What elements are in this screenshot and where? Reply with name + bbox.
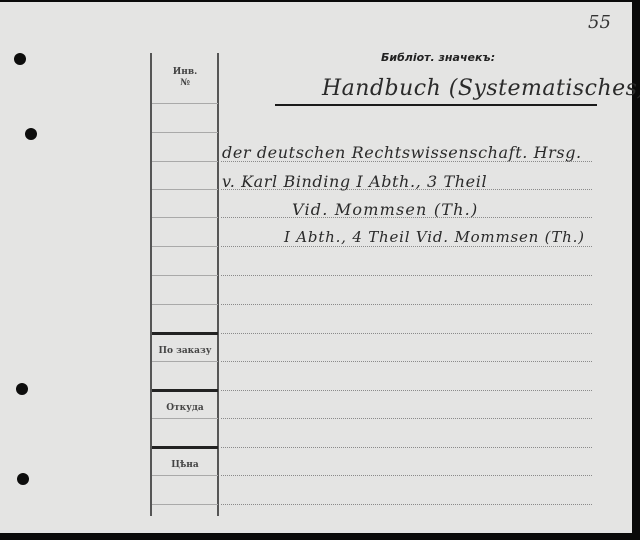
entry-rule bbox=[221, 361, 592, 362]
left-rule bbox=[152, 504, 218, 505]
left-rule bbox=[152, 161, 218, 162]
left-section-divider bbox=[152, 389, 218, 392]
entry-line-2: v. Karl Binding I Abth., 3 Theil bbox=[222, 172, 487, 191]
left-rule bbox=[152, 217, 218, 218]
left-rule bbox=[152, 103, 218, 104]
entry-rule bbox=[221, 475, 592, 476]
punch-hole-2 bbox=[25, 128, 37, 140]
entry-line-3: Vid. Mommsen (Th.) bbox=[292, 200, 478, 219]
inventory-label: Инв. bbox=[152, 67, 218, 77]
punch-hole-3 bbox=[16, 383, 28, 395]
left-section-divider bbox=[152, 332, 218, 335]
entry-rule bbox=[221, 504, 592, 505]
entry-rule bbox=[221, 390, 592, 391]
punch-hole-4 bbox=[17, 473, 29, 485]
title-underline bbox=[275, 104, 597, 106]
left-rule bbox=[152, 475, 218, 476]
source-label: Откуда bbox=[152, 403, 218, 413]
entry-rule bbox=[221, 333, 592, 334]
entry-line-4: I Abth., 4 Theil Vid. Mommsen (Th.) bbox=[284, 228, 585, 246]
library-mark-label: Библіот. значекъ: bbox=[381, 51, 495, 64]
title-handwritten: Handbuch (Systematisches) bbox=[322, 76, 640, 101]
page-number: 55 bbox=[588, 12, 611, 33]
inventory-number-label: № bbox=[152, 78, 218, 88]
entry-rule bbox=[221, 418, 592, 419]
catalog-card: 55 Библіот. значекъ: Handbuch (Systemati… bbox=[0, 2, 632, 533]
by-order-label: По заказу bbox=[152, 346, 218, 356]
left-rule bbox=[152, 275, 218, 276]
left-section-divider bbox=[152, 446, 218, 449]
left-rule bbox=[152, 418, 218, 419]
punch-hole-1 bbox=[14, 53, 26, 65]
entry-line-1: der deutschen Rechtswissenschaft. Hrsg. bbox=[222, 143, 582, 162]
left-rule bbox=[152, 304, 218, 305]
left-rule bbox=[152, 132, 218, 133]
entry-rule bbox=[221, 275, 592, 276]
entry-rule bbox=[221, 246, 592, 247]
left-rule bbox=[152, 189, 218, 190]
left-rule bbox=[152, 361, 218, 362]
price-label: Цѣна bbox=[152, 460, 218, 470]
left-rule bbox=[152, 246, 218, 247]
entry-rule bbox=[221, 304, 592, 305]
entry-rule bbox=[221, 447, 592, 448]
